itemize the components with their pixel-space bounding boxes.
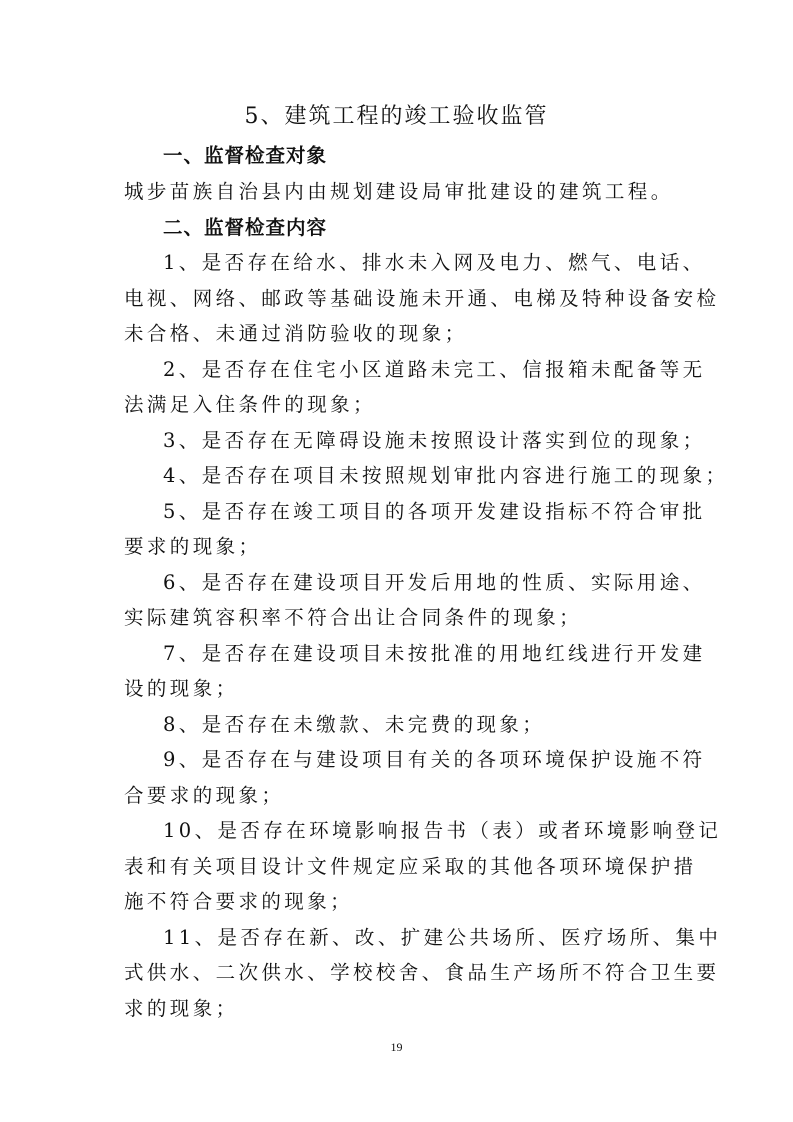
paragraph-line: 实际建筑容积率不符合出让合同条件的现象；	[124, 600, 582, 636]
paragraph-line: 4、是否存在项目未按照规划审批内容进行施工的现象；	[163, 458, 728, 494]
paragraph-line: 10、是否存在环境影响报告书（表）或者环境影响登记	[163, 813, 721, 849]
paragraph-line: 电视、网络、邮政等基础设施未开通、电梯及特种设备安检	[124, 281, 719, 317]
paragraph-inspection-target: 城步苗族自治县内由规划建设局审批建设的建筑工程。	[124, 174, 674, 210]
paragraph-line: 式供水、二次供水、学校校舍、食品生产场所不符合卫生要	[124, 955, 719, 991]
paragraph-line: 未合格、未通过消防验收的现象；	[124, 316, 468, 352]
section-heading-inspection-content: 二、监督检查内容	[163, 210, 327, 246]
paragraph-line: 9、是否存在与建设项目有关的各项环境保护设施不符	[163, 742, 706, 778]
paragraph-line: 施不符合要求的现象；	[124, 884, 353, 920]
paragraph-line: 5、是否存在竣工项目的各项开发建设指标不符合审批	[163, 494, 706, 530]
section-heading-inspection-target: 一、监督检查对象	[163, 138, 327, 174]
page-title: 5、建筑工程的竣工验收监管	[0, 100, 793, 134]
paragraph-line: 要求的现象；	[124, 529, 261, 565]
paragraph-line: 求的现象；	[124, 991, 239, 1027]
paragraph-line: 合要求的现象；	[124, 778, 284, 814]
paragraph-line: 设的现象；	[124, 671, 239, 707]
paragraph-line: 6、是否存在建设项目开发后用地的性质、实际用途、	[163, 565, 706, 601]
paragraph-line: 3、是否存在无障碍设施未按照设计落实到位的现象；	[163, 423, 706, 459]
paragraph-line: 法满足入住条件的现象；	[124, 387, 376, 423]
paragraph-line: 表和有关项目设计文件规定应采取的其他各项环境保护措	[124, 849, 697, 885]
paragraph-line: 8、是否存在未缴款、未完费的现象；	[163, 707, 545, 743]
document-page: 5、建筑工程的竣工验收监管 一、监督检查对象 城步苗族自治县内由规划建设局审批建…	[0, 0, 793, 1122]
paragraph-line: 7、是否存在建设项目未按批准的用地红线进行开发建	[163, 636, 706, 672]
paragraph-line: 1、是否存在给水、排水未入网及电力、燃气、电话、	[163, 245, 706, 281]
paragraph-line: 11、是否存在新、改、扩建公共场所、医疗场所、集中	[163, 920, 721, 956]
paragraph-line: 2、是否存在住宅小区道路未完工、信报箱未配备等无	[163, 352, 706, 388]
page-number: 19	[0, 1040, 793, 1055]
